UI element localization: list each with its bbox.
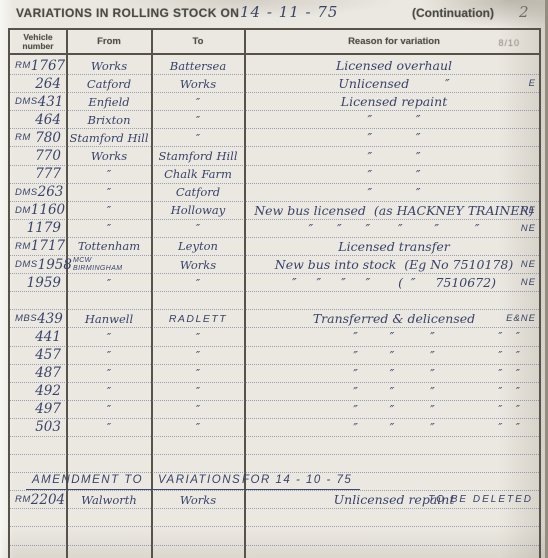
reason-cell: ″ ″ ″ <box>246 328 539 345</box>
vehicle-number: 1767 <box>31 58 65 74</box>
form-title-bar: VARIATIONS IN ROLLING STOCK ON 14 - 11 -… <box>0 0 548 28</box>
from-cell: ″ <box>68 365 150 382</box>
to-cell: Battersea <box>153 57 243 74</box>
to-cell: ″ <box>153 383 243 400</box>
table-row: MBS439HanwellRADLETTTransferred & delice… <box>10 310 539 328</box>
vehicle-prefix: MBS <box>15 313 37 324</box>
vehicle-number: 263 <box>38 184 64 200</box>
to-cell: ″ <box>153 328 243 345</box>
to-cell: ″ <box>153 220 243 237</box>
vehicle-number-cell: 457 <box>12 347 64 364</box>
to-cell: ″ <box>153 111 243 128</box>
vehicle-number-cell: 503 <box>12 419 64 436</box>
table-row: 492″″″ ″ ″″ ″ <box>10 383 539 401</box>
to-cell: Stamford Hill <box>153 147 243 164</box>
reason-cell: New bus licensed (as HACKNEY TRAINER) <box>246 202 539 219</box>
from-cell: Works <box>68 147 150 164</box>
from-cell: Catford <box>68 75 150 92</box>
reason-cell: ″ ″ ″ <box>246 401 539 418</box>
blank-row <box>10 437 539 455</box>
reason-cell: ″ ″ <box>246 184 539 201</box>
blank-row <box>10 455 539 473</box>
table-row: 441″″″ ″ ″″ ″ <box>10 328 539 346</box>
blank-row <box>10 509 539 527</box>
vehicle-number: 457 <box>35 347 61 363</box>
reason-cell: ″ ″ ″ ″ ″ ″ <box>246 220 539 237</box>
table-row: DM1160″HollowayNew bus licensed (as HACK… <box>10 202 539 220</box>
from-cell: ″ <box>68 383 150 400</box>
vehicle-number-cell: MBS439 <box>12 310 64 327</box>
to-cell: Works <box>153 256 243 273</box>
margin-note: ″ ″ <box>498 383 525 400</box>
vehicle-number-cell: RM2204 <box>12 491 64 508</box>
table-row: 264CatfordWorksUnlicensed ″E <box>10 75 539 93</box>
vehicle-number-cell: RM780 <box>12 129 64 146</box>
reason-cell: Licensed repaint <box>246 93 539 110</box>
vehicle-prefix: DMS <box>15 187 38 198</box>
vehicle-number: 492 <box>35 383 61 399</box>
reason-cell: ″ ″ <box>246 147 539 164</box>
table-row: 487″″″ ″ ″″ ″ <box>10 365 539 383</box>
vehicle-number: 1959 <box>27 275 61 291</box>
vehicle-number: 2204 <box>31 492 65 508</box>
vehicle-prefix: DMS <box>15 96 38 107</box>
table-header-row: Vehicle number From To Reason for variat… <box>10 30 539 55</box>
table-row: DMS431Enfield″Licensed repaint <box>10 93 539 111</box>
to-cell: ″ <box>153 129 243 146</box>
reason-cell: ″ ″ ″ <box>246 419 539 436</box>
vehicle-number: 780 <box>35 130 61 146</box>
vehicle-number: 1160 <box>31 202 65 218</box>
margin-note: NE <box>521 274 536 291</box>
vehicle-number: 1717 <box>31 238 65 254</box>
variations-table: Vehicle number From To Reason for variat… <box>8 28 541 558</box>
from-cell: ″ <box>68 347 150 364</box>
vehicle-number: 777 <box>35 166 61 182</box>
amendment-text: AMENDMENT TO <box>32 474 143 486</box>
vehicle-number: 264 <box>35 76 61 92</box>
reason-cell: ″ ″ <box>246 166 539 183</box>
reason-cell: ″ ″ <box>246 111 539 128</box>
from-cell: Hanwell <box>68 310 150 327</box>
vehicle-number: 464 <box>35 112 61 128</box>
to-cell: ″ <box>153 401 243 418</box>
column-header-vehicle-number: Vehicle number <box>10 30 66 53</box>
vehicle-number: 503 <box>35 419 61 435</box>
to-cell: ″ <box>153 365 243 382</box>
faint-pencil-note: 8/10 <box>498 38 520 48</box>
margin-note: NE <box>521 202 536 219</box>
table-row: 770WorksStamford Hill″ ″ <box>10 147 539 165</box>
blank-row <box>10 292 539 310</box>
to-cell: Chalk Farm <box>153 166 243 183</box>
from-cell: ″ <box>68 202 150 219</box>
margin-note: ″ ″ <box>498 365 525 382</box>
from-cell: Brixton <box>68 111 150 128</box>
vehicle-number-cell: DMS263 <box>12 184 64 201</box>
table-row: RM1767WorksBatterseaLicensed overhaul <box>10 57 539 75</box>
margin-note: E <box>529 75 536 92</box>
to-cell: Works <box>153 75 243 92</box>
vehicle-number: 439 <box>37 311 63 327</box>
vehicle-prefix: RM <box>15 132 31 143</box>
from-cell: ″ <box>68 274 150 291</box>
to-cell: Holloway <box>153 202 243 219</box>
table-row: 503″″″ ″ ″″ ″ <box>10 419 539 437</box>
to-cell: ″ <box>153 419 243 436</box>
from-cell: ″ <box>68 401 150 418</box>
vehicle-number-cell: 777 <box>12 166 64 183</box>
vehicle-prefix: RM <box>15 241 31 252</box>
reason-cell: ″ ″ ″ <box>246 347 539 364</box>
vehicle-number-cell: 492 <box>12 383 64 400</box>
vehicle-prefix: RM <box>15 60 31 71</box>
vehicle-number: 441 <box>35 329 61 345</box>
column-header-to: To <box>153 30 243 53</box>
to-cell: Catford <box>153 184 243 201</box>
vehicle-number: 1179 <box>27 220 61 236</box>
from-cell: ″ <box>68 328 150 345</box>
vehicle-prefix: DMS <box>15 259 38 270</box>
vehicle-number-cell: RM1717 <box>12 238 64 255</box>
amendment-date: FOR 14 - 10 - 75 <box>242 474 352 486</box>
vehicle-number-cell: 264 <box>12 75 64 92</box>
table-row: 777″Chalk Farm″ ″ <box>10 166 539 184</box>
from-cell: Walworth <box>68 491 150 508</box>
vehicle-number-cell: 1179 <box>12 220 64 237</box>
from-cell: Enfield <box>68 93 150 110</box>
reason-cell: Licensed overhaul <box>246 57 539 74</box>
vehicle-number: 770 <box>35 148 61 164</box>
to-cell: ″ <box>153 93 243 110</box>
vehicle-number: 487 <box>35 365 61 381</box>
table-row: DMS1958MCWBIRMINGHAMWorksNew bus into st… <box>10 256 539 274</box>
from-cell: Works <box>68 57 150 74</box>
table-row: RM1717TottenhamLeytonLicensed transfer <box>10 238 539 256</box>
vehicle-number: 497 <box>35 401 61 417</box>
table-row: 457″″″ ″ ″″ ″ <box>10 347 539 365</box>
reason-cell: Transferred & delicensed <box>246 310 539 327</box>
amendment-text: VARIATIONS <box>158 474 241 486</box>
vehicle-number-cell: 464 <box>12 111 64 128</box>
from-cell: ″ <box>68 166 150 183</box>
reason-cell: ″ ″ ″ <box>246 365 539 382</box>
form-date-handwritten: 14 - 11 - 75 <box>240 3 338 21</box>
from-cell: ″ <box>68 419 150 436</box>
vehicle-number-cell: RM1767 <box>12 57 64 74</box>
scanned-form: VARIATIONS IN ROLLING STOCK ON 14 - 11 -… <box>0 0 548 558</box>
margin-note: ″ ″ <box>498 328 525 345</box>
vehicle-number-cell: DMS1958 <box>12 256 64 273</box>
reason-cell: Unlicensed ″ <box>246 75 539 92</box>
vehicle-number-cell: DMS431 <box>12 93 64 110</box>
from-cell: Stamford Hill <box>68 129 150 146</box>
from-cell: ″ <box>68 220 150 237</box>
margin-note: ″ ″ <box>498 401 525 418</box>
page-number: 2 <box>519 3 529 21</box>
table-row: 1179″″″ ″ ″ ″ ″ ″NE <box>10 220 539 238</box>
vehicle-number-cell: 1959 <box>12 274 64 291</box>
vehicle-number-cell: 487 <box>12 365 64 382</box>
from-cell: Tottenham <box>68 238 150 255</box>
form-title: VARIATIONS IN ROLLING STOCK ON <box>16 6 239 20</box>
table-rows: RM1767WorksBatterseaLicensed overhaul264… <box>10 57 539 558</box>
vehicle-number-cell: 441 <box>12 328 64 345</box>
reason-cell: New bus into stock (Eg No 7510178) <box>246 256 539 273</box>
vehicle-number-cell: DM1160 <box>12 202 64 219</box>
column-header-reason: Reason for variation 8/10 <box>246 30 542 53</box>
margin-note: TO BE DELETED <box>428 491 533 508</box>
underline <box>26 489 360 491</box>
blank-row <box>10 527 539 545</box>
to-cell: Leyton <box>153 238 243 255</box>
table-row: RM780Stamford Hill″″ ″ <box>10 129 539 147</box>
vehicle-number: 431 <box>38 94 64 110</box>
margin-note: NE <box>521 220 536 237</box>
table-row: 497″″″ ″ ″″ ″ <box>10 401 539 419</box>
margin-note: ″ ″ <box>498 347 525 364</box>
vehicle-number-cell: 770 <box>12 147 64 164</box>
table-row: 1959″″″ ″ ″ ″ ( ″ 7510672)NE <box>10 274 539 292</box>
margin-note: E&NE <box>506 310 536 327</box>
reason-cell: ″ ″ ″ <box>246 383 539 400</box>
reason-cell: ″ ″ <box>246 129 539 146</box>
margin-note: ″ ″ <box>498 419 525 436</box>
to-cell: ″ <box>153 274 243 291</box>
vehicle-prefix: DM <box>15 205 31 216</box>
to-cell: RADLETT <box>153 310 243 327</box>
table-row: RM2204WalworthWorksUnlicensed repaintTO … <box>10 491 539 509</box>
from-cell: ″ <box>68 184 150 201</box>
reason-cell: ″ ″ ″ ″ ( ″ 7510672) <box>246 274 539 291</box>
from-cell: MCWBIRMINGHAM <box>68 256 150 273</box>
to-cell: Works <box>153 491 243 508</box>
table-row: 464Brixton″″ ″ <box>10 111 539 129</box>
margin-note: NE <box>521 256 536 273</box>
continuation-label: (Continuation) <box>412 6 494 20</box>
to-cell: ″ <box>153 347 243 364</box>
amendment-heading-row: AMENDMENT TOVARIATIONSFOR 14 - 10 - 75 <box>10 473 539 491</box>
column-header-from: From <box>68 30 150 53</box>
reason-cell: Licensed transfer <box>246 238 539 255</box>
vehicle-number: 1958 <box>38 257 72 273</box>
vehicle-number-cell: 497 <box>12 401 64 418</box>
vehicle-prefix: RM <box>15 494 31 505</box>
table-row: DMS263″Catford″ ″ <box>10 184 539 202</box>
